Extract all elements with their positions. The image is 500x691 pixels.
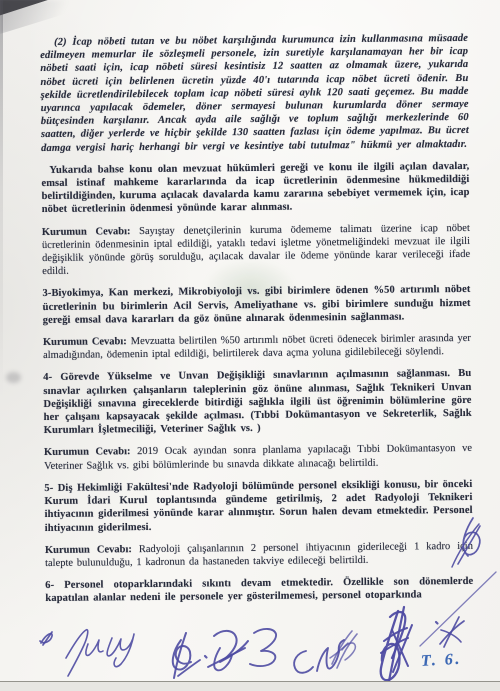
signature-mark-6 bbox=[294, 640, 344, 673]
signature-mark-5 bbox=[250, 629, 276, 666]
smudge-mark bbox=[6, 372, 21, 383]
signature-mark-4 bbox=[205, 631, 248, 670]
paragraph-item-6: 6- Personel otoparklarındaki sıkıntı dev… bbox=[45, 575, 473, 606]
scanned-document-page: (2) İcap nöbeti tutan ve bu nöbet karşıl… bbox=[0, 0, 500, 691]
paragraph-item-4: 4- Görevde Yükselme ve Unvan Değişikliği… bbox=[43, 367, 472, 437]
paragraph-request: Yukarıda bahse konu olan mevzuat hükümle… bbox=[41, 160, 469, 217]
response-label: Kurumun Cevabı: bbox=[43, 336, 131, 348]
signature-mark-3 bbox=[173, 633, 200, 678]
document-body: (2) İcap nöbeti tutan ve bu nöbet karşıl… bbox=[40, 32, 474, 615]
scan-paper-bottom-edge bbox=[0, 681, 500, 691]
paragraph-item-5: 5- Diş Hekimliği Fakültesi'nde Radyoloji… bbox=[44, 478, 472, 535]
paragraph-item-3: 3-Biyokimya, Kan merkezi, Mikrobiyoloji … bbox=[42, 283, 470, 327]
response-label: Kurumun Cevabı: bbox=[45, 544, 139, 556]
paragraph-legal-quote: (2) İcap nöbeti tutan ve bu nöbet karşıl… bbox=[40, 32, 469, 155]
signature-mark-8 bbox=[381, 607, 412, 681]
response-label: Kurumun Cevabı: bbox=[42, 226, 139, 238]
signature-mark-2 bbox=[66, 630, 134, 676]
signature-mark-7 bbox=[330, 631, 357, 668]
scan-corner-wedge bbox=[0, 0, 56, 18]
signature-mark-9 bbox=[436, 617, 464, 647]
handwritten-initials: T. 6. bbox=[421, 649, 492, 671]
scan-left-edge-shadow bbox=[0, 0, 3, 420]
paragraph-response: Kurumun Cevabı: Sayıştay denetçilerinin … bbox=[42, 222, 470, 279]
paragraph-response: Kurumun Cevabı: 2019 Ocak ayından sonra … bbox=[44, 442, 472, 473]
paragraph-response: Kurumun Cevabı: Radyoloji çalışanlarının… bbox=[45, 540, 473, 571]
scan-corner-shadow bbox=[0, 0, 110, 34]
signature-mark-1 bbox=[40, 632, 52, 645]
response-label: Kurumun Cevabı: bbox=[44, 447, 137, 459]
paragraph-response: Kurumun Cevabı: Mevzuatta belirtilen %50… bbox=[43, 332, 471, 363]
